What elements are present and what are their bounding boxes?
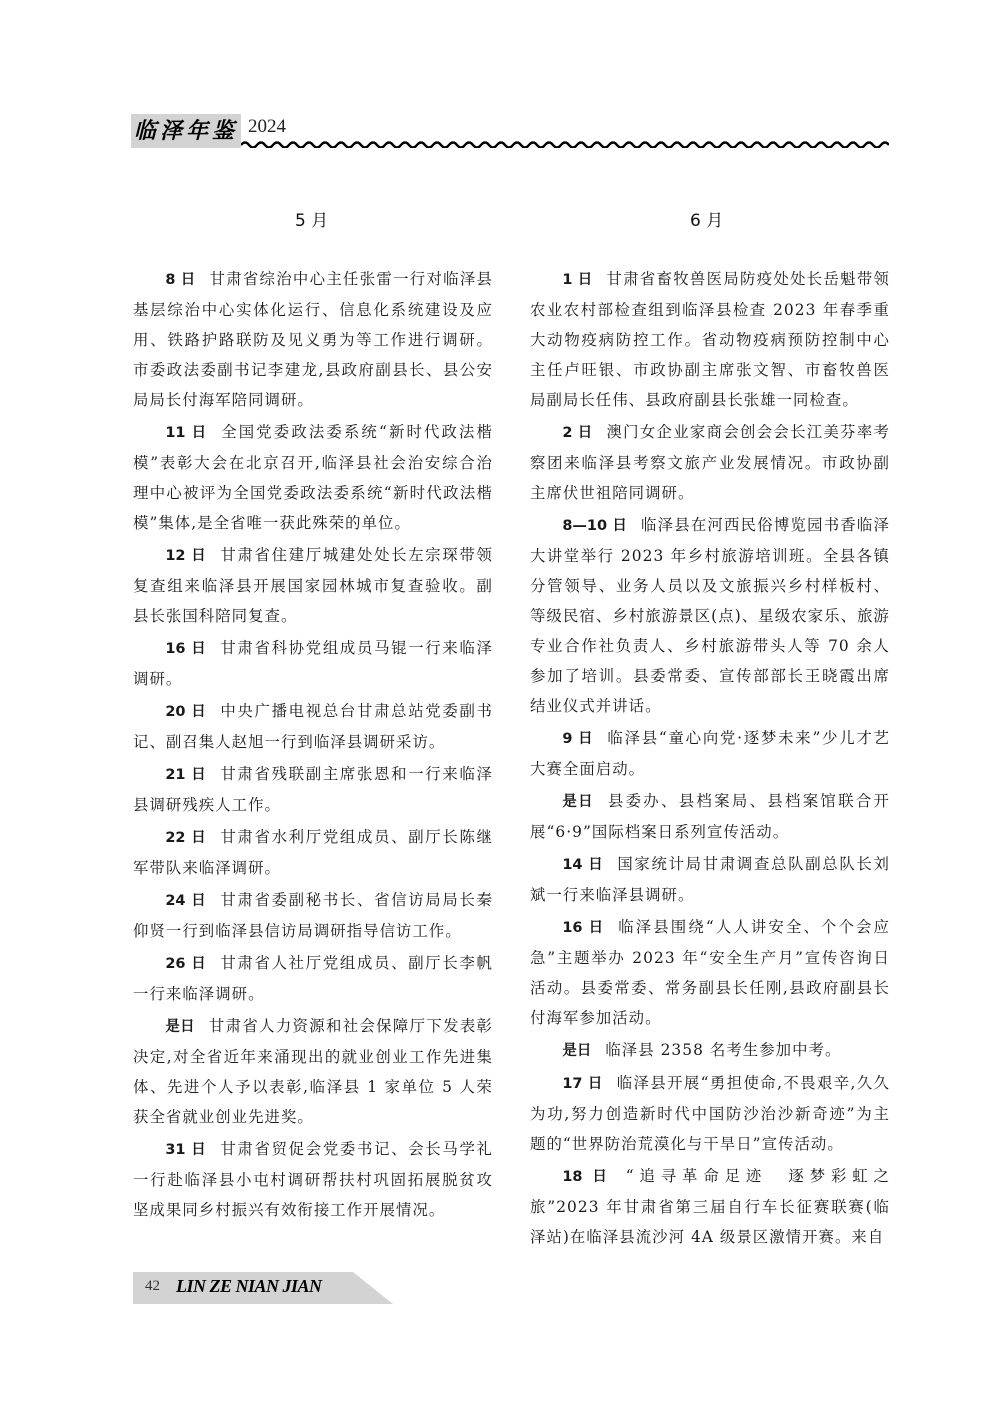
entry-date: 17 日 — [562, 1076, 602, 1092]
june-column: 1 日甘肃省畜牧兽医局防疫处处长岳魁带领农业农村部检查组到临泽县检查 2023 … — [530, 264, 890, 1254]
entry-text: 甘肃省畜牧兽医局防疫处处长岳魁带领农业农村部检查组到临泽县检查 2023 年春季… — [530, 270, 890, 409]
entry-date: 22 日 — [165, 830, 206, 846]
header-year: 2024 — [248, 116, 286, 138]
page-number: 42 — [145, 1278, 160, 1295]
chronicle-entry: 16 日临泽县围绕“人人讲安全、个个会应急”主题举办 2023 年“安全生产月”… — [530, 912, 890, 1033]
entry-date: 16 日 — [165, 641, 206, 657]
chronicle-entry: 9 日临泽县“童心向党·逐梦未来”少儿才艺大赛全面启动。 — [530, 723, 890, 784]
entry-date: 是日 — [165, 1019, 195, 1035]
chronicle-entry: 2 日澳门女企业家商会创会会长江美芬率考察团来临泽县考察文旅产业发展情况。市政协… — [530, 417, 890, 508]
yearbook-logo: 临泽年鉴 — [131, 114, 241, 148]
entry-date: 21 日 — [165, 767, 206, 783]
chronicle-entry: 22 日甘肃省水利厅党组成员、副厅长陈继军带队来临泽调研。 — [133, 822, 493, 883]
chronicle-entry: 20 日中央广播电视总台甘肃总站党委副书记、副召集人赵旭一行到临泽县调研采访。 — [133, 696, 493, 757]
month-title-june: 6 月 — [690, 206, 723, 231]
chronicle-entry: 16 日甘肃省科协党组成员马锟一行来临泽调研。 — [133, 633, 493, 694]
may-column: 8 日甘肃省综治中心主任张雷一行对临泽县基层综治中心实体化运行、信息化系统建设及… — [133, 264, 493, 1227]
chronicle-entry: 11 日全国党委政法委系统“新时代政法楷模”表彰大会在北京召开,临泽县社会治安综… — [133, 417, 493, 538]
chronicle-entry: 31 日甘肃省贸促会党委书记、会长马学礼一行赴临泽县小屯村调研帮扶村巩固拓展脱贫… — [133, 1134, 493, 1225]
chronicle-entry: 是日临泽县 2358 名考生参加中考。 — [530, 1035, 890, 1066]
entry-date: 11 日 — [165, 425, 207, 441]
chronicle-entry: 8 日甘肃省综治中心主任张雷一行对临泽县基层综治中心实体化运行、信息化系统建设及… — [133, 264, 493, 415]
entry-date: 是日 — [562, 1043, 591, 1059]
entry-date: 24 日 — [165, 893, 206, 909]
entry-date: 20 日 — [165, 704, 206, 720]
entry-date: 12 日 — [165, 548, 206, 564]
entry-date: 8 日 — [165, 272, 195, 288]
entry-date: 31 日 — [165, 1142, 206, 1158]
entry-date: 9 日 — [562, 731, 593, 747]
entry-date: 26 日 — [165, 956, 206, 972]
running-footer: 42 LIN ZE NIAN JIAN — [133, 1272, 393, 1304]
chronicle-entry: 12 日甘肃省住建厅城建处处长左宗琛带领复查组来临泽县开展国家园林城市复查验收。… — [133, 540, 493, 631]
entry-date: 18 日 — [562, 1169, 611, 1185]
chronicle-entry: 是日甘肃省人力资源和社会保障厅下发表彰决定,对全省近年来涌现出的就业创业工作先进… — [133, 1011, 493, 1132]
chronicle-entry: 17 日临泽县开展“勇担使命,不畏艰辛,久久为功,努力创造新时代中国防沙治沙新奇… — [530, 1068, 890, 1159]
entry-date: 是日 — [562, 794, 594, 810]
chronicle-entry: 8—10 日临泽县在河西民俗博览园书香临泽大讲堂举行 2023 年乡村旅游培训班… — [530, 510, 890, 721]
entry-date: 14 日 — [562, 857, 603, 873]
entry-text: 临泽县在河西民俗博览园书香临泽大讲堂举行 2023 年乡村旅游培训班。全县各镇分… — [530, 516, 890, 715]
chronicle-entry: 26 日甘肃省人社厅党组成员、副厅长李帆一行来临泽调研。 — [133, 948, 493, 1009]
entry-text: 临泽县 2358 名考生参加中考。 — [605, 1041, 841, 1059]
chronicle-entry: 14 日国家统计局甘肃调查总队副总队长刘斌一行来临泽县调研。 — [530, 849, 890, 910]
chronicle-entry: 18 日“追寻革命足迹 逐梦彩虹之旅”2023 年甘肃省第三届自行车长征赛联赛(… — [530, 1161, 890, 1252]
chronicle-entry: 21 日甘肃省残联副主席张恩和一行来临泽县调研残疾人工作。 — [133, 759, 493, 820]
entry-text: 甘肃省综治中心主任张雷一行对临泽县基层综治中心实体化运行、信息化系统建设及应用、… — [133, 270, 493, 409]
chronicle-entry: 是日县委办、县档案局、县档案馆联合开展“6·9”国际档案日系列宣传活动。 — [530, 786, 890, 847]
entry-date: 2 日 — [562, 425, 592, 441]
running-header: 临泽年鉴 2024 — [131, 114, 889, 148]
month-title-may: 5 月 — [295, 206, 328, 231]
chronicle-entry: 24 日甘肃省委副秘书长、省信访局局长秦仰贤一行到临泽县信访局调研指导信访工作。 — [133, 885, 493, 946]
entry-date: 16 日 — [562, 920, 604, 936]
entry-date: 1 日 — [562, 272, 592, 288]
chronicle-entry: 1 日甘肃省畜牧兽医局防疫处处长岳魁带领农业农村部检查组到临泽县检查 2023 … — [530, 264, 890, 415]
footer-title: LIN ZE NIAN JIAN — [176, 1276, 322, 1297]
entry-date: 8—10 日 — [562, 518, 627, 534]
wave-divider-icon — [241, 140, 889, 148]
